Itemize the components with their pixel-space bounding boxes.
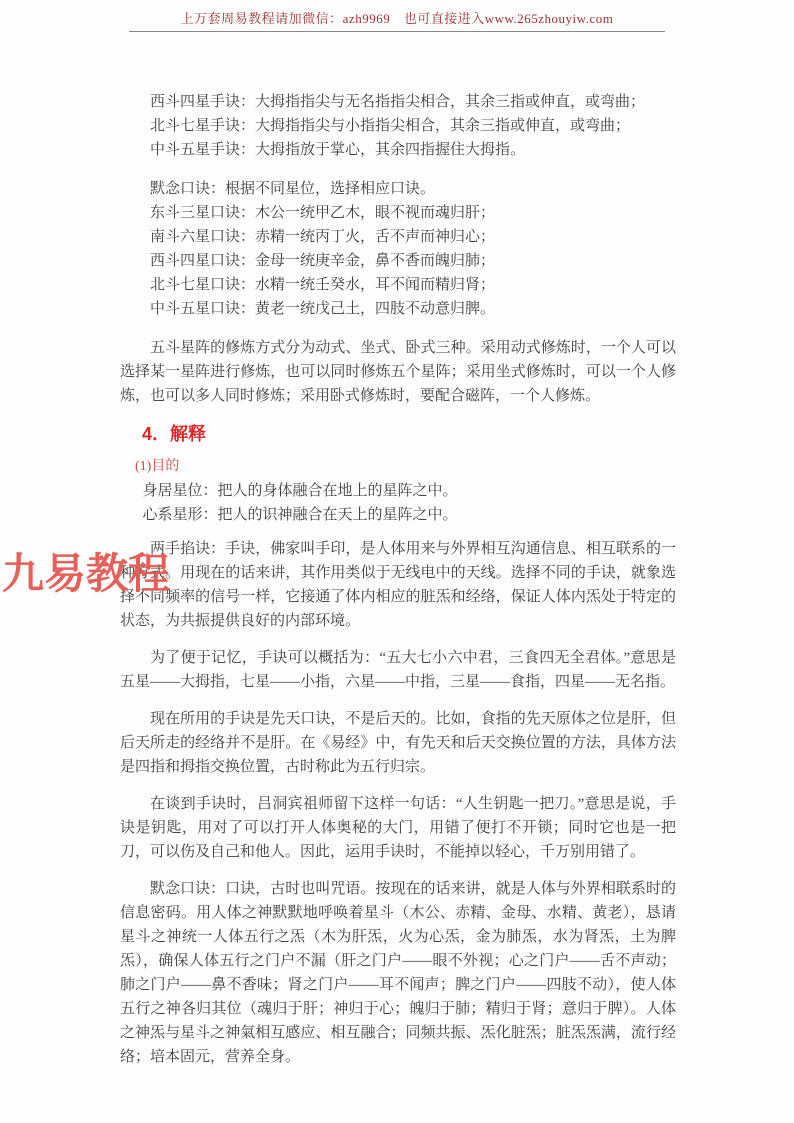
hand-formula-line: 北斗七星手诀：大拇指指尖与小指指尖相合，其余三指或伸直，或弯曲； bbox=[120, 114, 676, 138]
chant-line: 中斗五星口诀：黄老一统戊己土，四肢不动意归脾。 bbox=[120, 297, 676, 321]
purpose-line: 心系星形：把人的识神融合在天上的星阵之中。 bbox=[120, 503, 676, 527]
chant-intro-line: 默念口诀：根据不同星位，选择相应口诀。 bbox=[120, 177, 676, 201]
header-promo-text: 上万套周易教程请加微信：azh9969 也可直接进入www.265zhouyiw… bbox=[129, 8, 665, 32]
hand-formula-block: 西斗四星手诀：大拇指指尖与无名指指尖相合，其余三指或伸直，或弯曲； 北斗七星手诀… bbox=[120, 90, 676, 162]
paragraph-ludongbin: 在谈到手诀时，吕洞宾祖师留下这样一句话：“人生钥匙一把刀。”意思是说，手诀是钥匙… bbox=[120, 792, 676, 864]
hand-formula-line: 中斗五星手诀：大拇指放于掌心，其余四指握住大拇指。 bbox=[120, 138, 676, 162]
chant-line: 北斗七星口诀：水精一统壬癸水，耳不闻而精归肾； bbox=[120, 273, 676, 297]
chant-block: 默念口诀：根据不同星位，选择相应口诀。 东斗三星口诀：木公一统甲乙木，眼不视而魂… bbox=[120, 177, 676, 321]
paragraph-mudra: 两手掐诀：手诀，佛家叫手印，是人体用来与外界相互沟通信息、相互联系的一种方式。用… bbox=[120, 537, 676, 633]
chant-line: 东斗三星口诀：木公一统甲乙木，眼不视而魂归肝； bbox=[120, 201, 676, 225]
sub-heading-purpose: (1)目的 bbox=[135, 457, 676, 477]
paragraph-chant-explanation: 默念口诀：口诀，古时也叫咒语。按现在的话来讲，就是人体与外界相联系时的信息密码。… bbox=[120, 877, 676, 1069]
document-content: 西斗四星手诀：大拇指指尖与无名指指尖相合，其余三指或伸直，或弯曲； 北斗七星手诀… bbox=[120, 90, 676, 1082]
page-header: 上万套周易教程请加微信：azh9969 也可直接进入www.265zhouyiw… bbox=[0, 8, 794, 32]
chant-line: 南斗六星口诀：赤精一统丙丁火，舌不声而神归心； bbox=[120, 225, 676, 249]
paragraph-xiantian: 现在所用的手诀是先天口诀，不是后天的。比如，食指的先天原体之位是肝，但后天所走的… bbox=[120, 707, 676, 779]
purpose-line: 身居星位：把人的身体融合在地上的星阵之中。 bbox=[120, 479, 676, 503]
watermark-text: 九易教程 bbox=[2, 541, 170, 601]
paragraph-training-methods: 五斗星阵的修炼方式分为动式、坐式、卧式三种。采用动式修炼时，一个人可以选择某一星… bbox=[120, 336, 676, 408]
purpose-block: 身居星位：把人的身体融合在地上的星阵之中。 心系星形：把人的识神融合在天上的星阵… bbox=[120, 479, 676, 527]
hand-formula-line: 西斗四星手诀：大拇指指尖与无名指指尖相合，其余三指或伸直，或弯曲； bbox=[120, 90, 676, 114]
section-heading: 4．解释 bbox=[142, 421, 676, 447]
chant-line: 西斗四星口诀：金母一统庚辛金，鼻不香而魄归肺； bbox=[120, 249, 676, 273]
document-page: { "header": { "text": "上万套周易教程请加微信：azh99… bbox=[0, 0, 794, 1123]
paragraph-memory-formula: 为了便于记忆，手诀可以概括为：“五大七小六中君，三食四无全君体。”意思是五星——… bbox=[120, 646, 676, 694]
